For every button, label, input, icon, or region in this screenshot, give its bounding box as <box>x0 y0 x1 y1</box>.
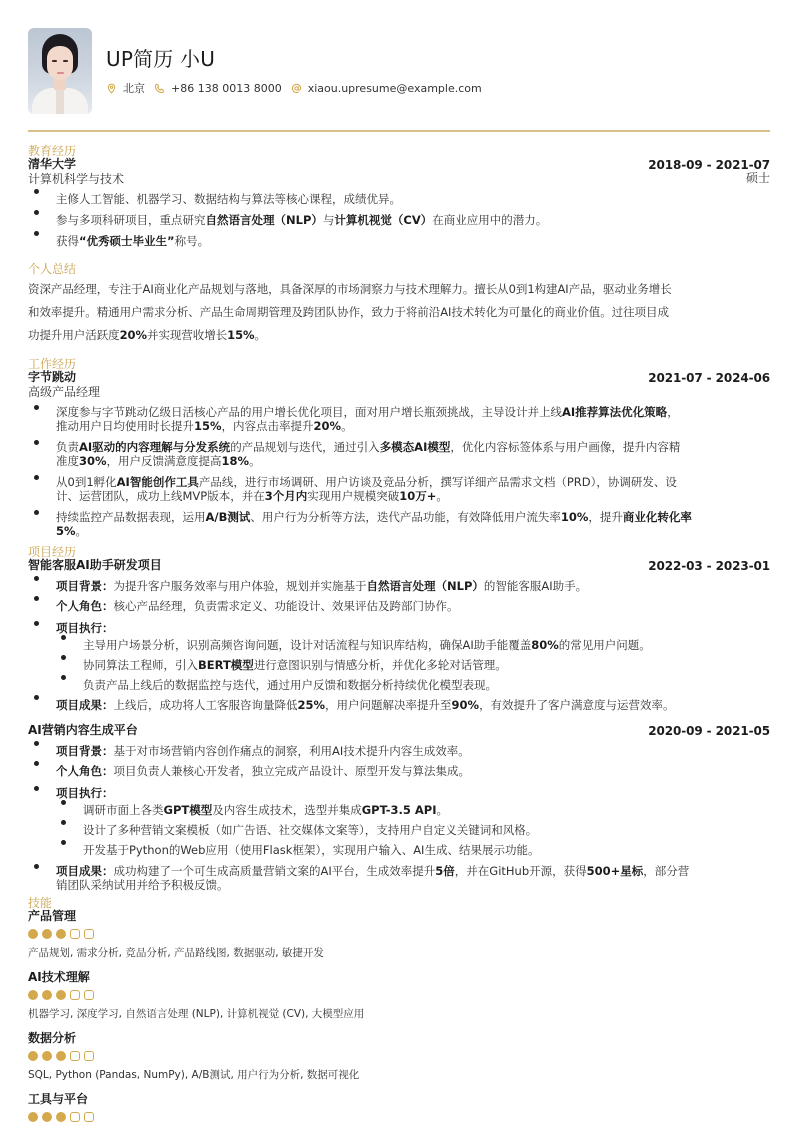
contact-email: xiaou.upresume@example.com <box>291 82 482 95</box>
list-item: 协同算法工程师，引入BERT模型进行意图识别与情感分析，并优化多轮对话管理。 <box>28 655 770 675</box>
section-title: 教育经历 <box>28 145 770 157</box>
identity-block: UP简历 小U 北京 +86 138 0013 8000 xiaou.upres… <box>106 46 491 96</box>
job-title: 高级产品经理 <box>28 385 770 399</box>
rating-dot-empty <box>84 1051 94 1061</box>
work-section: 工作经历 字节跳动 2021-07 - 2024-06 高级产品经理 深度参与字… <box>28 358 770 542</box>
rating-dot-empty <box>70 1112 80 1122</box>
skill-rating <box>28 1112 770 1122</box>
skill-name: 产品管理 <box>28 909 770 923</box>
rating-dot-filled <box>28 929 38 939</box>
email-text[interactable]: xiaou.upresume@example.com <box>308 82 482 95</box>
rating-dot-filled <box>56 1051 66 1061</box>
at-sign-icon <box>291 83 302 94</box>
project-item: 智能客服AI助手研发项目 2022-03 - 2023-01 项目背景：为提升客… <box>28 559 770 715</box>
work-bullets: 深度参与字节跳动亿级日活核心产品的用户增长优化项目，面对用户增长瓶颈挑战，主导设… <box>28 402 770 542</box>
list-item: 项目背景：为提升客户服务效率与用户体验，规划并实施基于自然语言处理（NLP）的智… <box>28 576 770 596</box>
rating-dot-filled <box>42 929 52 939</box>
summary-text: 资深产品经理，专注于AI商业化产品规划与落地，具备深厚的市场洞察力与技术理解力。… <box>28 278 770 347</box>
execution-bullets: 主导用户场景分析，识别高频咨询问题，设计对话流程与知识库结构，确保AI助手能覆盖… <box>28 635 770 695</box>
skill-keywords: 机器学习, 深度学习, 自然语言处理 (NLP), 计算机视觉 (CV), 大模… <box>28 1008 770 1021</box>
education-bullets: 主修人工智能、机器学习、数据结构与算法等核心课程，成绩优异。 参与多项科研项目，… <box>28 189 770 252</box>
list-item: 项目执行： 调研市面上各类GPT模型及内容生成技术，选型并集成GPT-3.5 A… <box>28 781 770 860</box>
location-text: 北京 <box>123 80 145 96</box>
school-name: 清华大学 <box>28 158 76 171</box>
rating-dot-filled <box>28 990 38 1000</box>
resume-header: UP简历 小U 北京 +86 138 0013 8000 xiaou.upres… <box>28 28 491 114</box>
rating-dot-filled <box>28 1112 38 1122</box>
phone-text[interactable]: +86 138 0013 8000 <box>171 82 282 95</box>
section-title: 个人总结 <box>28 263 770 275</box>
project-bullets: 项目背景：为提升客户服务效率与用户体验，规划并实施基于自然语言处理（NLP）的智… <box>28 576 770 715</box>
rating-dot-empty <box>84 929 94 939</box>
list-item: 项目执行： 主导用户场景分析，识别高频咨询问题，设计对话流程与知识库结构，确保A… <box>28 616 770 695</box>
rating-dot-empty <box>70 990 80 1000</box>
list-item: 项目成果：成功构建了一个可生成高质量营销文案的AI平台，生成效率提升5倍，并在G… <box>28 860 770 892</box>
rating-dot-filled <box>56 1112 66 1122</box>
section-title: 技能 <box>28 897 770 909</box>
list-item: 负责产品上线后的数据监控与迭代，通过用户反馈和数据分析持续优化模型表现。 <box>28 675 770 695</box>
projects-section: 项目经历 智能客服AI助手研发项目 2022-03 - 2023-01 项目背景… <box>28 546 770 892</box>
profile-photo <box>28 28 92 114</box>
list-item: 个人角色：项目负责人兼核心开发者，独立完成产品设计、原型开发与算法集成。 <box>28 761 770 781</box>
list-item: 开发基于Python的Web应用（使用Flask框架），实现用户输入、AI生成、… <box>28 840 770 860</box>
education-section: 教育经历 清华大学 2018-09 - 2021-07 计算机科学与技术 硕士 … <box>28 145 770 252</box>
rating-dot-filled <box>42 1051 52 1061</box>
project-name: AI营销内容生成平台 <box>28 724 138 737</box>
skill-item: AI技术理解 机器学习, 深度学习, 自然语言处理 (NLP), 计算机视觉 (… <box>28 970 770 1021</box>
rating-dot-empty <box>70 1051 80 1061</box>
list-item: 深度参与字节跳动亿级日活核心产品的用户增长优化项目，面对用户增长瓶颈挑战，主导设… <box>28 402 770 437</box>
list-item: 设计了多种营销文案模板（如广告语、社交媒体文案等），支持用户自定义关键词和风格。 <box>28 820 770 840</box>
header-divider <box>28 130 770 132</box>
skill-keywords: SQL, Python (Pandas, NumPy), A/B测试, 用户行为… <box>28 1069 770 1082</box>
list-item: 持续监控产品数据表现，运用A/B测试、用户行为分析等方法，迭代产品功能，有效降低… <box>28 507 770 542</box>
rating-dot-empty <box>70 929 80 939</box>
company-name: 字节跳动 <box>28 371 76 384</box>
major: 计算机科学与技术 <box>28 172 124 186</box>
execution-bullets: 调研市面上各类GPT模型及内容生成技术，选型并集成GPT-3.5 API。 设计… <box>28 800 770 860</box>
skill-name: 工具与平台 <box>28 1092 770 1106</box>
contact-phone: +86 138 0013 8000 <box>154 82 282 95</box>
skill-item: 工具与平台 <box>28 1092 770 1122</box>
list-item: 获得“优秀硕士毕业生”称号。 <box>28 231 770 252</box>
project-date: 2020-09 - 2021-05 <box>648 725 770 738</box>
phone-icon <box>154 83 165 94</box>
rating-dot-filled <box>42 990 52 1000</box>
list-item: 主导用户场景分析，识别高频咨询问题，设计对话流程与知识库结构，确保AI助手能覆盖… <box>28 635 770 655</box>
rating-dot-empty <box>84 990 94 1000</box>
skill-rating <box>28 929 770 939</box>
skill-name: 数据分析 <box>28 1031 770 1045</box>
list-item: 调研市面上各类GPT模型及内容生成技术，选型并集成GPT-3.5 API。 <box>28 800 770 820</box>
work-date: 2021-07 - 2024-06 <box>648 372 770 385</box>
project-date: 2022-03 - 2023-01 <box>648 560 770 573</box>
resume-page: UP简历 小U 北京 +86 138 0013 8000 xiaou.upres… <box>0 0 799 1130</box>
skill-name: AI技术理解 <box>28 970 770 984</box>
rating-dot-filled <box>56 990 66 1000</box>
skills-section: 技能 产品管理 产品规划, 需求分析, 竞品分析, 产品路线图, 数据驱动, 敏… <box>28 897 770 1122</box>
degree: 硕士 <box>746 172 770 184</box>
rating-dot-empty <box>84 1112 94 1122</box>
project-bullets: 项目背景：基于对市场营销内容创作痛点的洞察，利用AI技术提升内容生成效率。 个人… <box>28 741 770 892</box>
contact-location: 北京 <box>106 80 145 96</box>
contact-row: 北京 +86 138 0013 8000 xiaou.upresume@exam… <box>106 80 491 96</box>
skill-rating <box>28 990 770 1000</box>
skill-item: 产品管理 产品规划, 需求分析, 竞品分析, 产品路线图, 数据驱动, 敏捷开发 <box>28 909 770 960</box>
location-pin-icon <box>106 83 117 94</box>
rating-dot-filled <box>42 1112 52 1122</box>
rating-dot-filled <box>56 929 66 939</box>
list-item: 项目成果：上线后，成功将人工客服咨询量降低25%，用户问题解决率提升至90%，有… <box>28 695 770 715</box>
list-item: 参与多项科研项目，重点研究自然语言处理（NLP）与计算机视觉（CV）在商业应用中… <box>28 210 770 231</box>
list-item: 负责AI驱动的内容理解与分发系统的产品规划与迭代，通过引入多模态AI模型，优化内… <box>28 437 770 472</box>
rating-dot-filled <box>28 1051 38 1061</box>
skill-item: 数据分析 SQL, Python (Pandas, NumPy), A/B测试,… <box>28 1031 770 1082</box>
skill-keywords: 产品规划, 需求分析, 竞品分析, 产品路线图, 数据驱动, 敏捷开发 <box>28 947 770 960</box>
list-item: 项目背景：基于对市场营销内容创作痛点的洞察，利用AI技术提升内容生成效率。 <box>28 741 770 761</box>
section-title: 工作经历 <box>28 358 770 370</box>
candidate-name: UP简历 小U <box>106 46 491 72</box>
project-name: 智能客服AI助手研发项目 <box>28 559 162 572</box>
section-title: 项目经历 <box>28 546 770 558</box>
list-item: 个人角色：核心产品经理，负责需求定义、功能设计、效果评估及跨部门协作。 <box>28 596 770 616</box>
summary-section: 个人总结 资深产品经理，专注于AI商业化产品规划与落地，具备深厚的市场洞察力与技… <box>28 263 770 347</box>
list-item: 主修人工智能、机器学习、数据结构与算法等核心课程，成绩优异。 <box>28 189 770 210</box>
project-item: AI营销内容生成平台 2020-09 - 2021-05 项目背景：基于对市场营… <box>28 724 770 892</box>
skill-rating <box>28 1051 770 1061</box>
list-item: 从0到1孵化AI智能创作工具产品线，进行市场调研、用户访谈及竞品分析，撰写详细产… <box>28 472 770 507</box>
